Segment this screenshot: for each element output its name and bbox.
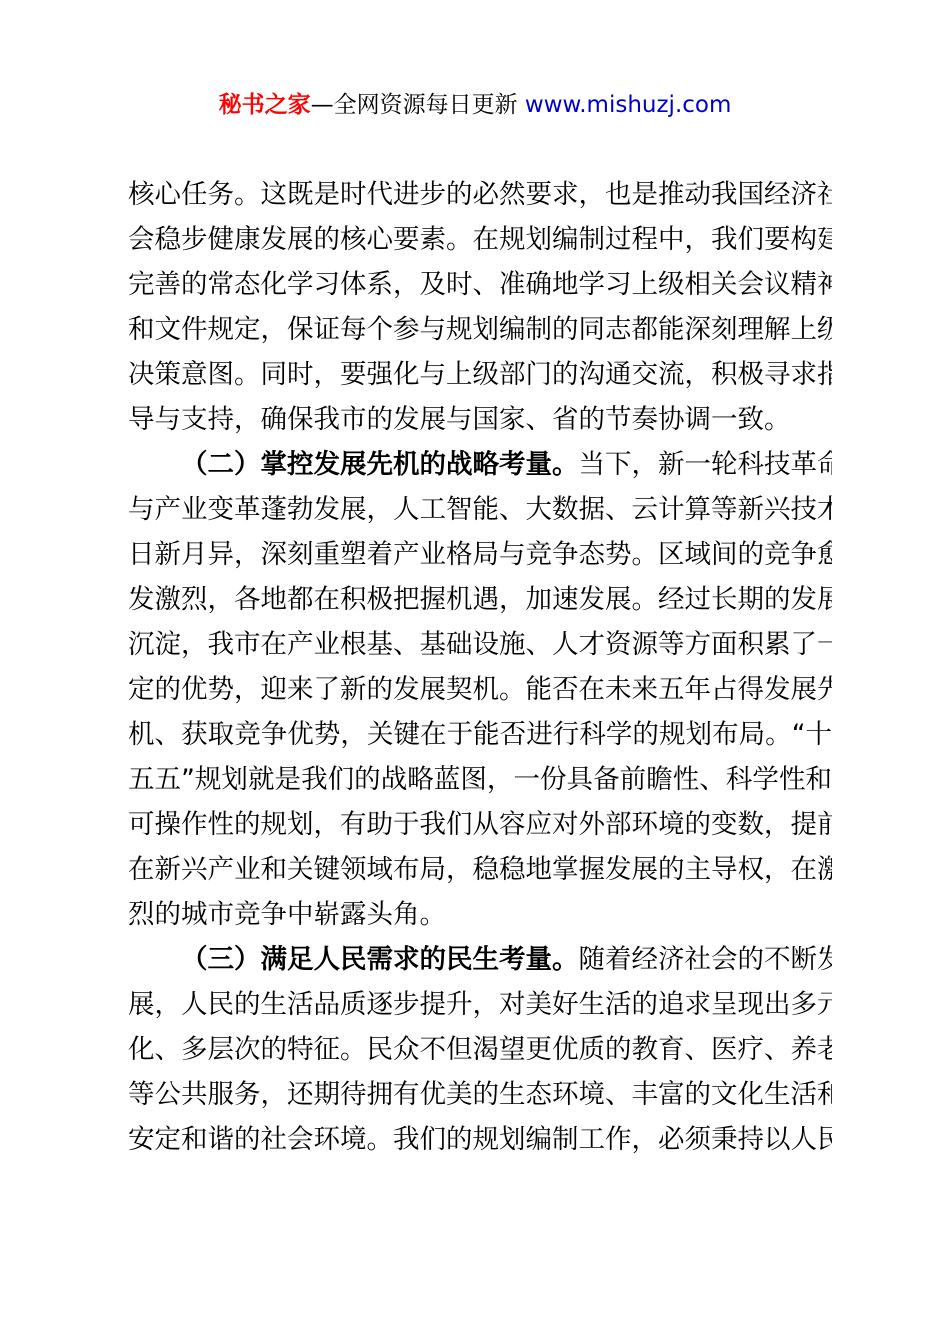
- page-header: 秘书之家—全网资源每日更新 www.mishuzj.com: [0, 86, 950, 124]
- site-url: www.mishuzj.com: [525, 92, 731, 118]
- text-line: 沉淀，我市在产业根基、基础设施、人才资源等方面积累了一: [128, 622, 832, 667]
- text-line: 完善的常态化学习体系，及时、准确地学习上级相关会议精神: [128, 262, 832, 307]
- text-line: 日新月异，深刻重塑着产业格局与竞争态势。区域间的竞争愈: [128, 532, 832, 577]
- text-line: 定的优势，迎来了新的发展契机。能否在未来五年占得发展先: [128, 667, 832, 712]
- section-heading-2: （二）掌控发展先机的战略考量。: [181, 449, 579, 480]
- section-heading-3: （三）满足人民需求的民生考量。: [181, 944, 579, 975]
- text-run: 随着经济社会的不断发: [579, 944, 833, 975]
- text-line: 化、多层次的特征。民众不但渴望更优质的教育、医疗、养老: [128, 1027, 832, 1072]
- text-line: 安定和谐的社会环境。我们的规划编制工作，必须秉持以人民: [128, 1117, 832, 1162]
- text-line: （二）掌控发展先机的战略考量。当下，新一轮科技革命: [128, 442, 832, 487]
- document-body: 核心任务。这既是时代进步的必然要求，也是推动我国经济社 会稳步健康发展的核心要素…: [128, 172, 832, 1162]
- text-line: 核心任务。这既是时代进步的必然要求，也是推动我国经济社: [128, 172, 832, 217]
- text-run: 当下，新一轮科技革命: [579, 449, 833, 480]
- paragraph-1: 核心任务。这既是时代进步的必然要求，也是推动我国经济社 会稳步健康发展的核心要素…: [128, 172, 832, 442]
- paragraph-2: （二）掌控发展先机的战略考量。当下，新一轮科技革命 与产业变革蓬勃发展，人工智能…: [128, 442, 832, 937]
- text-line: 决策意图。同时，要强化与上级部门的沟通交流，积极寻求指: [128, 352, 832, 397]
- text-line: 等公共服务，还期待拥有优美的生态环境、丰富的文化生活和: [128, 1072, 832, 1117]
- text-line: 导与支持，确保我市的发展与国家、省的节奏协调一致。: [128, 397, 832, 442]
- text-line: 发激烈，各地都在积极把握机遇，加速发展。经过长期的发展: [128, 577, 832, 622]
- text-line: （三）满足人民需求的民生考量。随着经济社会的不断发: [128, 937, 832, 982]
- text-line: 和文件规定，保证每个参与规划编制的同志都能深刻理解上级: [128, 307, 832, 352]
- paragraph-3: （三）满足人民需求的民生考量。随着经济社会的不断发 展，人民的生活品质逐步提升，…: [128, 937, 832, 1162]
- text-line: 烈的城市竞争中崭露头角。: [128, 892, 832, 937]
- header-slogan: —全网资源每日更新: [311, 92, 525, 118]
- text-line: 会稳步健康发展的核心要素。在规划编制过程中，我们要构建: [128, 217, 832, 262]
- brand-name: 秘书之家: [219, 92, 311, 118]
- text-line: 展，人民的生活品质逐步提升，对美好生活的追求呈现出多元: [128, 982, 832, 1027]
- text-line: 机、获取竞争优势，关键在于能否进行科学的规划布局。“十: [128, 712, 832, 757]
- text-line: 在新兴产业和关键领域布局，稳稳地掌握发展的主导权，在激: [128, 847, 832, 892]
- text-line: 与产业变革蓬勃发展，人工智能、大数据、云计算等新兴技术: [128, 487, 832, 532]
- text-line: 可操作性的规划，有助于我们从容应对外部环境的变数，提前: [128, 802, 832, 847]
- text-line: 五五”规划就是我们的战略蓝图，一份具备前瞻性、科学性和: [128, 757, 832, 802]
